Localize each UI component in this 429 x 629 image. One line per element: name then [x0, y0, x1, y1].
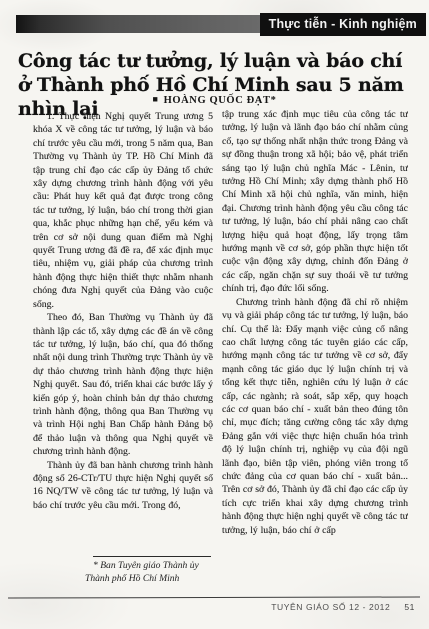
page-footer: TUYÊN GIÁO SỐ 12 - 201251 — [271, 602, 415, 612]
journal-issue-label: TUYÊN GIÁO SỐ 12 - 2012 — [271, 602, 390, 612]
paragraph: Chương trình hành động đã chỉ rõ nhiệm v… — [222, 296, 408, 537]
author-bullet-icon: ■ — [153, 94, 159, 104]
footer-rule — [8, 596, 420, 598]
scanned-journal-page: Thực tiễn - Kinh nghiệm Công tác tư tưởn… — [0, 0, 429, 629]
body-column-right: tập trung xác định mục tiêu của công tác… — [222, 108, 408, 586]
paragraph: Theo đó, Ban Thường vụ Thành ủy đã thành… — [33, 311, 213, 458]
author-line: ■HOÀNG QUỐC ĐẠT* — [0, 94, 429, 106]
author-name: HOÀNG QUỐC ĐẠT* — [164, 95, 277, 106]
footnote-separator — [93, 556, 211, 557]
footnote: * Ban Tuyên giáo Thành ủy Thành phố Hồ C… — [85, 559, 220, 585]
page-number: 51 — [404, 602, 415, 612]
section-tag: Thực tiễn - Kinh nghiệm — [260, 13, 426, 36]
section-tag-label: Thực tiễn - Kinh nghiệm — [269, 17, 417, 31]
footnote-line1: * Ban Tuyên giáo Thành ủy — [85, 559, 220, 572]
paragraph: 1. Thực hiện Nghị quyết Trung ương 5 khó… — [33, 110, 213, 311]
article-title-line1: Công tác tư tưởng, lý luận và báo chí — [18, 49, 420, 73]
paragraph: tập trung xác định mục tiêu của công tác… — [222, 108, 408, 296]
paragraph: Thành ủy đã ban hành chương trình hành đ… — [33, 459, 213, 513]
body-column-left: 1. Thực hiện Nghị quyết Trung ương 5 khó… — [33, 110, 213, 552]
footnote-line2: Thành phố Hồ Chí Minh — [85, 572, 220, 585]
